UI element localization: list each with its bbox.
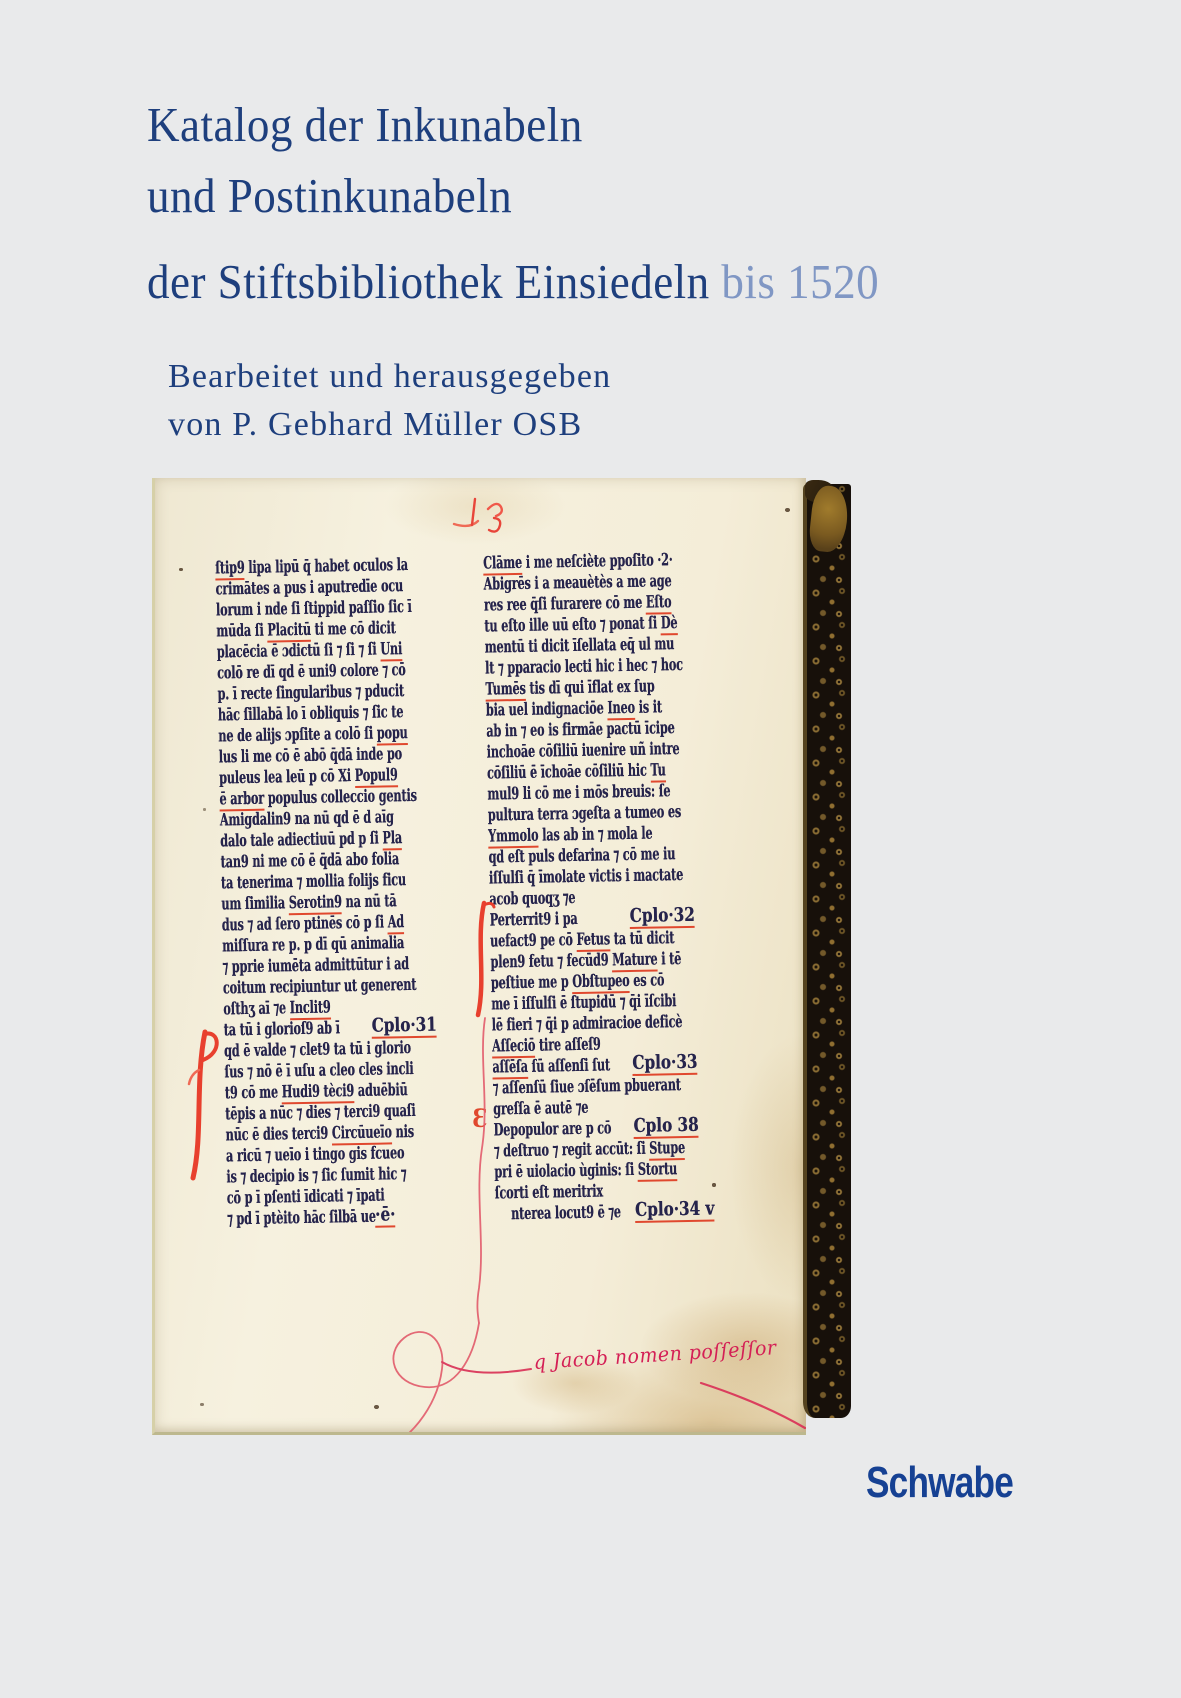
book-cover: Katalog der Inkunabeln und Postinkunabel…	[0, 0, 1181, 1698]
wormhole	[785, 508, 790, 512]
page-title-line3-main: der Stiftsbibliothek Einsiedeln	[147, 254, 721, 309]
page-title-line1: Katalog der Inkunabeln	[147, 96, 583, 153]
wormhole	[179, 568, 183, 571]
subtitle-line2: von P. Gebhard Müller OSB	[168, 406, 582, 444]
manuscript-page: ſtip9 lipa lipū q̄ habet oculos lacrimāt…	[152, 478, 806, 1435]
ownership-inscription: q Jacob nomen poſſeſſor	[533, 1335, 777, 1374]
chapter-label: ·ē·	[375, 1203, 396, 1227]
manuscript-line: nterea locut9 ē ⁊eCplo·34 v	[495, 1200, 717, 1225]
subtitle-line1: Bearbeitet und herausgegeben	[168, 358, 611, 396]
chapter-label: Cplo 38	[633, 1114, 699, 1139]
chapter-label: Cplo·31	[371, 1014, 437, 1039]
page-title-line3: der Stiftsbibliothek Einsiedeln bis 1520	[147, 253, 879, 310]
page-title-line2: und Postinkunabeln	[147, 167, 512, 224]
manuscript-line: ⁊ pd ī ptèito hāc ſilbā ue·ē·	[227, 1205, 449, 1230]
chapter-label: Cplo·33	[632, 1051, 698, 1076]
red-initial-p-icon	[185, 1026, 223, 1184]
foliation-mark-icon	[448, 494, 514, 534]
page-title-line3-date: bis 1520	[721, 254, 879, 309]
binding-edge	[803, 484, 851, 1418]
manuscript-column-right: Clāme i me neſciète ppoſito ·2·Abigrēs i…	[483, 550, 717, 1226]
red-initial-e-icon: Ɛ	[472, 1104, 487, 1133]
manuscript-photo: ſtip9 lipa lipū q̄ habet oculos lacrimāt…	[152, 478, 852, 1436]
wormhole	[203, 808, 206, 811]
publisher-logo: Schwabe	[866, 1458, 1013, 1508]
chapter-label: Cplo·34 v	[635, 1198, 715, 1223]
wormhole	[200, 1403, 204, 1406]
red-initial-i-icon	[472, 899, 496, 1021]
chapter-label: Cplo·32	[629, 904, 695, 929]
wormhole	[374, 1405, 379, 1409]
wormhole	[712, 1183, 716, 1187]
manuscript-column-left: ſtip9 lipa lipū q̄ habet oculos lacrimāt…	[215, 554, 449, 1230]
